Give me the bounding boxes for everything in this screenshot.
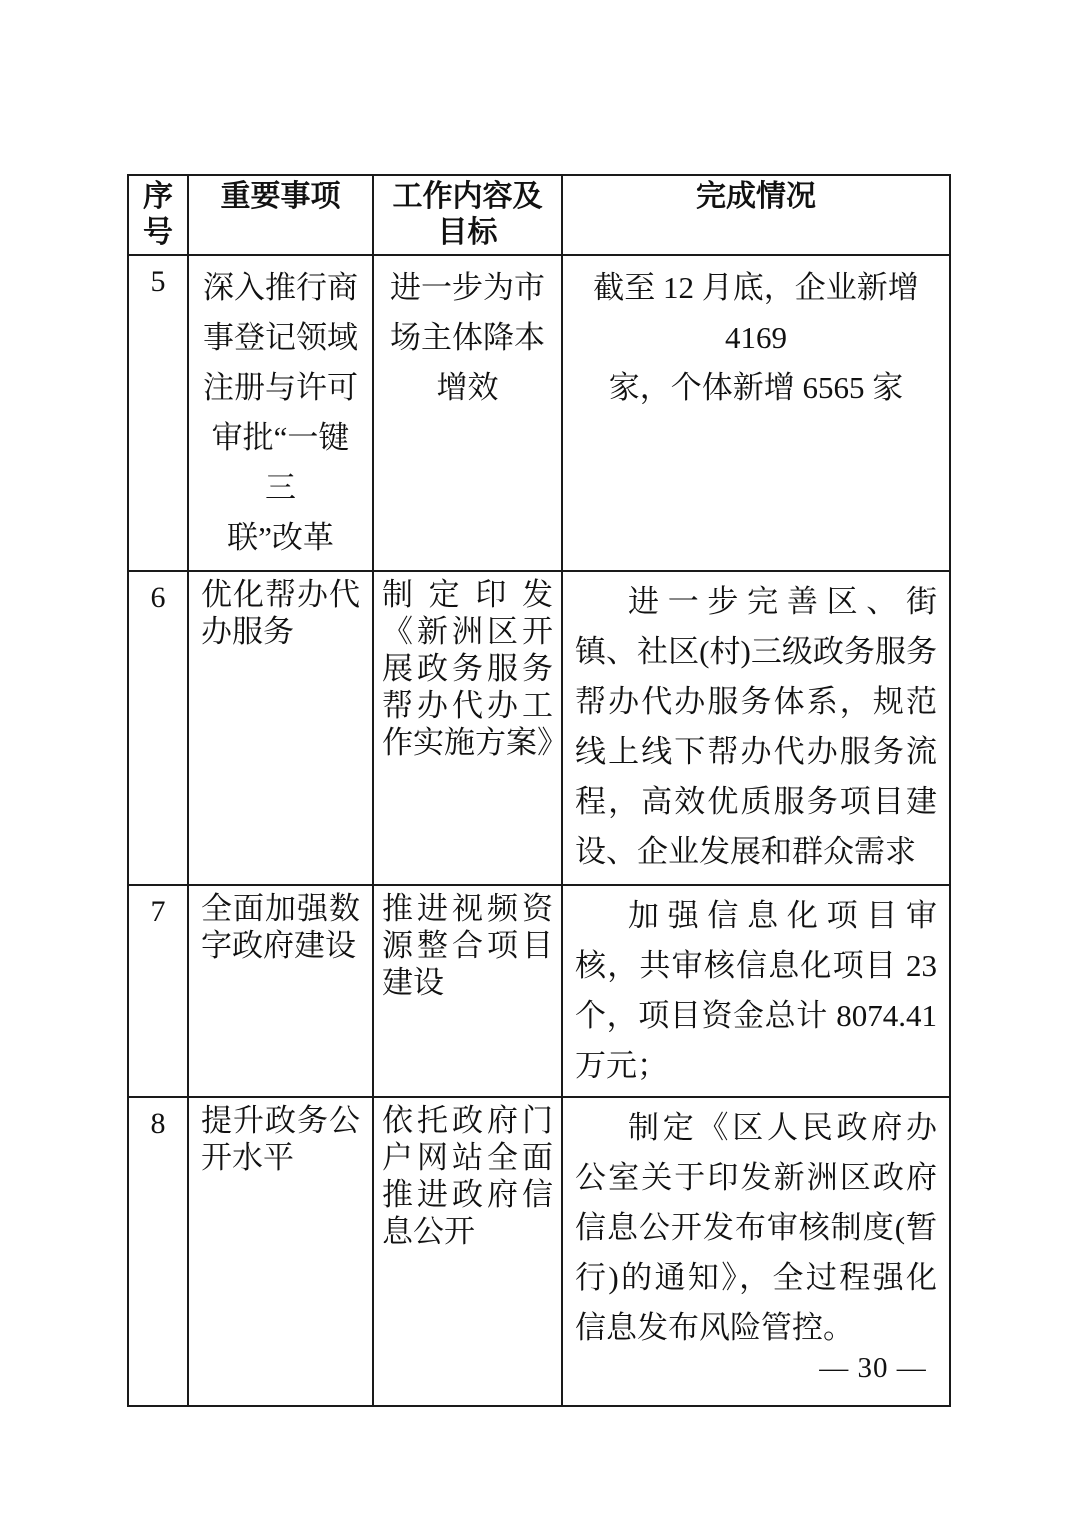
cell-completion-status: 加强信息化项目审核，共审核信息化项目 23 个，项目资金总计 8074.41 万… (562, 885, 950, 1097)
cell-work-content: 进一步为市 场主体降本 增效 (373, 255, 562, 571)
cell-work-content: 制定印发《新洲区开展政务服务帮办代办工作实施方案》 (373, 571, 562, 885)
cell-work-content: 推进视频资源整合项目建设 (373, 885, 562, 1097)
page-number: — 30 — (788, 1348, 958, 1388)
header-work-content: 工作内容及目标 (373, 175, 562, 255)
cell-serial-number: 6 (128, 571, 188, 885)
header-serial-number: 序号 (128, 175, 188, 255)
cell-work-content: 依托政府门户网站全面推进政府信息公开 (373, 1097, 562, 1406)
header-completion-status: 完成情况 (562, 175, 950, 255)
cell-important-item: 提升政务公开水平 (188, 1097, 373, 1406)
cell-serial-number: 8 (128, 1097, 188, 1406)
table-row: 7 全面加强数字政府建设 推进视频资源整合项目建设 加强信息化项目审核，共审核信… (128, 885, 950, 1097)
cell-important-item: 全面加强数字政府建设 (188, 885, 373, 1097)
work-items-table: 序号 重要事项 工作内容及目标 完成情况 5 深入推行商 事登记领域 注册与许可… (127, 174, 951, 1407)
header-important-items: 重要事项 (188, 175, 373, 255)
cell-completion-status: 截至 12 月底，企业新增 4169 家，个体新增 6565 家 (562, 255, 950, 571)
table-row: 5 深入推行商 事登记领域 注册与许可 审批“一键三 联”改革 进一步为市 场主… (128, 255, 950, 571)
document-page: 序号 重要事项 工作内容及目标 完成情况 5 深入推行商 事登记领域 注册与许可… (0, 0, 1074, 1520)
cell-important-item: 深入推行商 事登记领域 注册与许可 审批“一键三 联”改革 (188, 255, 373, 571)
cell-serial-number: 5 (128, 255, 188, 571)
table-header-row: 序号 重要事项 工作内容及目标 完成情况 (128, 175, 950, 255)
table-row: 6 优化帮办代办服务 制定印发《新洲区开展政务服务帮办代办工作实施方案》 进一步… (128, 571, 950, 885)
cell-completion-status: 进一步完善区、街镇、社区(村)三级政务服务帮办代办服务体系，规范线上线下帮办代办… (562, 571, 950, 885)
cell-important-item: 优化帮办代办服务 (188, 571, 373, 885)
cell-serial-number: 7 (128, 885, 188, 1097)
